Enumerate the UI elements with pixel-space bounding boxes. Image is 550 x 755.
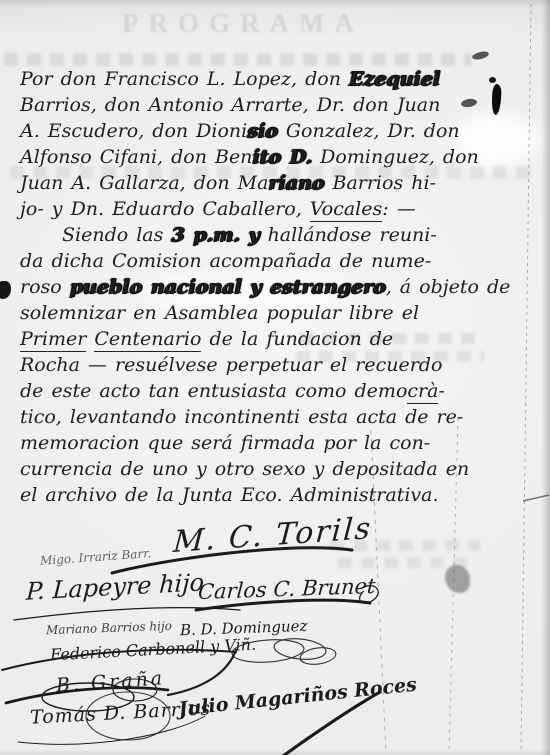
manuscript-line-11: Primer Centenario de la fundacion de — [20, 326, 490, 352]
ink-blot — [0, 281, 11, 299]
signature-torils: M. C. Torils — [172, 511, 373, 560]
text-segment: crà — [407, 380, 438, 404]
manuscript-line-5: Juan A. Gallarza, don Mariano Barrios hi… — [20, 170, 490, 196]
manuscript-line-7: Siendo las 3 p.m. y hallándose reuni- — [20, 222, 490, 248]
manuscript-line-13: de este acto tan entusiasta como democrà… — [20, 378, 490, 404]
signature-lapeyre: P. Lapeyre hijo — [25, 568, 204, 605]
text-segment: Gonzalez, Dr. don — [278, 120, 460, 142]
text-segment: Centenario — [94, 328, 201, 352]
text-segment: da dicha Comision acompañada de nume- — [20, 250, 431, 272]
manuscript-line-17: el archivo de la Junta Eco. Administrati… — [20, 482, 490, 508]
text-segment: ito D. — [252, 146, 312, 168]
text-segment: currencia de uno y otro sexo y depositad… — [20, 458, 469, 480]
scanned-document-page: PROGRAMA — [0, 0, 550, 755]
manuscript-line-8: da dicha Comision acompañada de nume- — [20, 248, 490, 274]
text-segment: Ezequiel — [349, 68, 440, 90]
manuscript-text: Por don Francisco L. Lopez, don Ezequiel… — [20, 66, 490, 508]
text-segment: Rocha — resuélvese perpetuar el recuerdo — [20, 354, 442, 376]
page-top-shadow — [0, 0, 550, 8]
manuscript-line-12: Rocha — resuélvese perpetuar el recuerdo — [20, 352, 490, 378]
lapeyre-underline — [14, 608, 240, 620]
manuscript-line-10: solemnizar en Asamblea popular libre el — [20, 300, 490, 326]
ink-blot — [489, 77, 496, 83]
text-segment: roso — [20, 276, 70, 298]
manuscript-line-9: roso pueblo nacional y estrangero, á obj… — [20, 274, 490, 300]
text-segment: pueblo nacional y estrangero — [70, 276, 386, 298]
text-segment: Alfonso Cifani, don Ben — [20, 146, 252, 168]
manuscript-line-15: memoracion que será firmada por la con- — [20, 430, 490, 456]
text-segment: de este acto tan entusiasta como demo — [20, 380, 407, 402]
ghost-print-title: PROGRAMA — [0, 8, 550, 39]
text-segment: Juan A. Gallarza, don Ma — [20, 172, 268, 194]
signature-irrariz: Migo. Irrariz Barr. — [40, 546, 152, 568]
manuscript-line-1: Por don Francisco L. Lopez, don Ezequiel — [20, 66, 490, 92]
signature-brunet: Carlos C. Brunet — [197, 574, 376, 604]
page-right-fold-shadow — [541, 0, 550, 755]
manuscript-line-14: tico, levantando incontinenti esta acta … — [20, 404, 490, 430]
text-segment: Por don Francisco L. Lopez, don — [20, 68, 349, 90]
text-segment: : — — [382, 198, 415, 220]
text-segment: el archivo de la Junta Eco. Administrati… — [20, 484, 439, 506]
text-segment: solemnizar en Asamblea popular libre el — [20, 302, 419, 324]
signature-carbonell: Federico Carbonell y Viñ. — [50, 635, 257, 665]
page-bottom-shadow — [0, 749, 550, 755]
ink-smudge — [445, 565, 470, 593]
manuscript-line-4: Alfonso Cifani, don Benito D. Dominguez,… — [20, 144, 490, 170]
text-segment: A. Escudero, don Dioni — [20, 120, 247, 142]
text-segment: Dominguez, don — [312, 146, 479, 168]
text-segment: - — [438, 380, 444, 402]
text-segment: memoracion que será firmada por la con- — [20, 432, 430, 454]
text-segment: Barrios, don Antonio Arrarte, Dr. don Ju… — [20, 94, 440, 116]
text-segment: Vocales — [310, 198, 382, 222]
manuscript-line-3: A. Escudero, don Dionisio Gonzalez, Dr. … — [20, 118, 490, 144]
ghost-print-band — [4, 53, 472, 66]
manuscript-line-2: Barrios, don Antonio Arrarte, Dr. don Ju… — [20, 92, 490, 118]
text-segment: Barrios hi- — [324, 172, 436, 194]
text-segment: tico, levantando incontinenti esta acta … — [20, 406, 463, 428]
text-segment: riano — [268, 172, 324, 194]
text-segment: jo- y Dn. Eduardo Caballero, — [20, 198, 310, 220]
ink-blot — [491, 84, 502, 115]
text-segment: Primer — [20, 328, 86, 352]
ink-blot — [471, 50, 489, 61]
text-segment: , á objeto de — [386, 276, 511, 298]
text-segment: 3 p.m. y — [171, 224, 259, 246]
signature-magarinos: Julio Magariños Roces — [178, 674, 418, 721]
manuscript-line-6: jo- y Dn. Eduardo Caballero, Vocales: — — [20, 196, 490, 222]
signature-mariano-barrios: Mariano Barrios hijo — [46, 619, 172, 637]
signature-grana: B. Graña — [55, 667, 165, 697]
text-segment: de la fundacion de — [201, 328, 393, 350]
text-segment: sio — [247, 120, 278, 142]
text-segment: Siendo las — [62, 224, 171, 246]
text-segment: hallándose reuni- — [260, 224, 437, 246]
manuscript-line-16: currencia de uno y otro sexo y depositad… — [20, 456, 490, 482]
